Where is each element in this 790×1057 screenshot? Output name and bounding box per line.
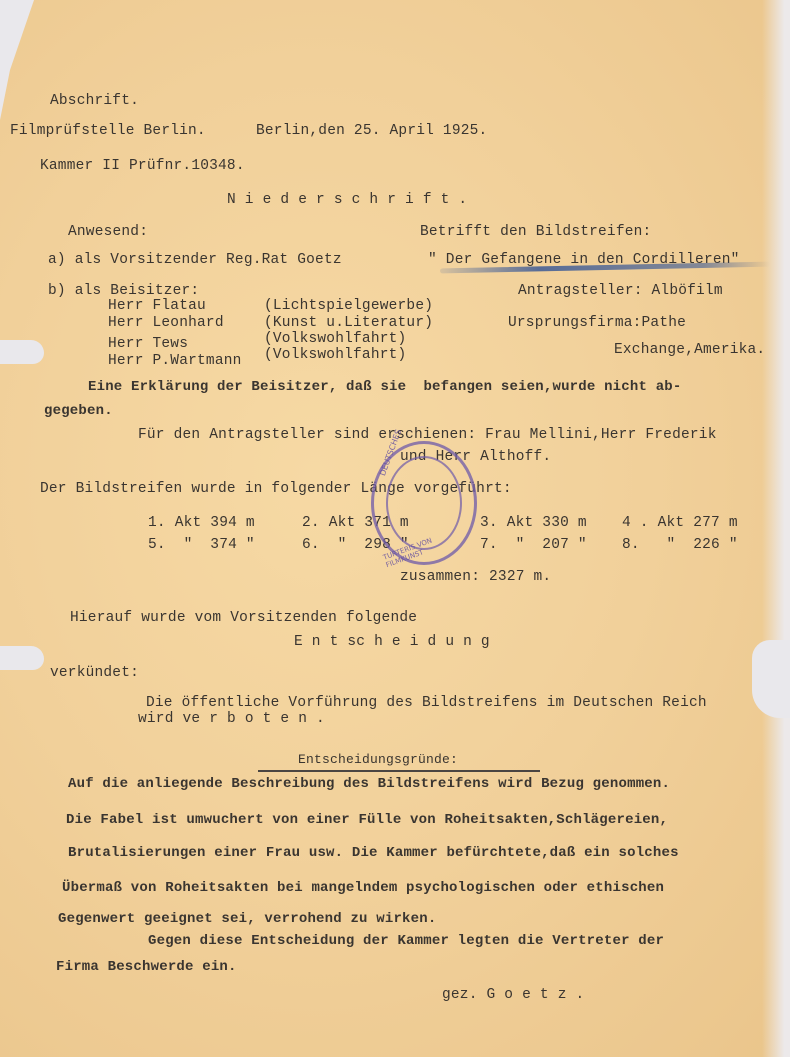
assessor-role: (Kunst u.Literatur) [264,315,433,331]
reel-length: 1. Akt 394 m [148,515,255,531]
chamber-number: Kammer II Prüfnr.10348. [40,158,245,174]
reasons-line: Auf die anliegende Beschreibung des Bild… [68,776,670,792]
origin-company-cont: Exchange,Amerika. [614,342,765,358]
copy-label: Abschrift. [50,93,139,109]
assessors-label: b) als Beisitzer: [48,283,199,299]
reel-length: 7. " 207 " [480,537,587,553]
paper-tear-right [752,640,790,718]
total-length: zusammen: 2327 m. [400,569,551,585]
assessor-name: Herr P.Wartmann [108,353,242,369]
reel-length: 5. " 374 " [148,537,255,553]
reasons-line: Übermaß von Roheitsakten bei mangelndem … [62,880,664,896]
decision-line2: wird ve r b o t e n . [138,711,325,727]
reasons-line: Brutalisierungen einer Frau usw. Die Kam… [68,845,679,861]
bias-statement-line1: Eine Erklärung der Beisitzer, daß sie be… [88,379,682,395]
present-label: Anwesend: [68,224,148,240]
assessor-role: (Volkswohlfahrt) [264,347,406,363]
announced-label: verkündet: [50,665,139,681]
signature: gez. G o e t z . [442,987,584,1003]
reasons-heading: Entscheidungsgründe: [298,752,458,768]
reasons-line: Die Fabel ist umwuchert von einer Fülle … [66,812,668,828]
bias-statement-line2: gegeben. [44,403,113,419]
document-title: N i e d e r s c h r i f t . [227,192,467,208]
paper-tear-left-1 [0,340,44,364]
applicant: Antragsteller: Alböfilm [518,283,723,299]
official-stamp: DEUTSCHES TURTERIS VON FILMKUNST [371,441,477,565]
decision-intro: Hierauf wurde vom Vorsitzenden folgende [70,610,417,626]
assessor-name: Herr Leonhard [108,315,224,331]
assessor-role: (Lichtspielgewerbe) [264,298,433,314]
appeal-line2: Firma Beschwerde ein. [56,959,237,975]
reel-length: 8. " 226 " [622,537,738,553]
decision-line1: Die öffentliche Vorführung des Bildstrei… [146,695,707,711]
chair-line: a) als Vorsitzender Reg.Rat Goetz [48,252,342,268]
paper-tear-left-2 [0,646,44,670]
origin-company: Ursprungsfirma:Pathe [508,315,686,331]
reel-length: 4 . Akt 277 m [622,515,738,531]
place-date: Berlin,den 25. April 1925. [256,123,487,139]
subject-label: Betrifft den Bildstreifen: [420,224,651,240]
assessor-role: (Volkswohlfahrt) [264,331,406,347]
reasons-line: Gegenwert geeignet sei, verrohend zu wir… [58,911,436,927]
page-edge [762,0,790,1057]
reasons-underline [258,770,540,772]
assessor-name: Herr Flatau [108,298,206,314]
decision-heading: E n t sc h e i d u n g [294,634,490,650]
authority: Filmprüfstelle Berlin. [10,123,206,139]
reel-length: 3. Akt 330 m [480,515,587,531]
assessor-name: Herr Tews [108,336,188,352]
appeal-line1: Gegen diese Entscheidung der Kammer legt… [148,933,664,949]
